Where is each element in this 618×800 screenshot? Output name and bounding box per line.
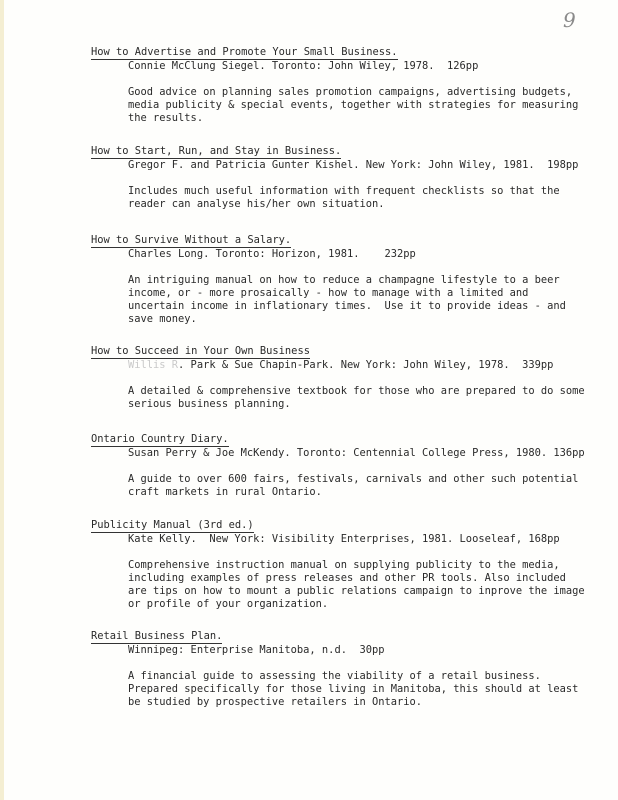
entry-title: How to Succeed in Your Own Business [91,345,310,359]
entry-description: A detailed & comprehensive textbook for … [128,385,611,411]
bibliography-entry: How to Advertise and Promote Your Small … [91,40,611,125]
entry-title: How to Start, Run, and Stay in Business. [91,145,341,159]
page-number: 9 [563,8,576,32]
entry-citation: Charles Long. Toronto: Horizon, 1981. 23… [128,248,611,261]
entry-citation: Winnipeg: Enterprise Manitoba, n.d. 30pp [128,644,611,657]
entry-title: Publicity Manual (3rd ed.) [91,519,254,533]
entry-description: A guide to over 600 fairs, festivals, ca… [128,473,611,499]
entry-title: How to Advertise and Promote Your Small … [91,46,398,60]
entry-title: Retail Business Plan. [91,630,222,644]
entry-description: Includes much useful information with fr… [128,185,611,211]
bibliography-entry: How to Start, Run, and Stay in Business.… [91,139,611,211]
bibliography-entry: Ontario Country Diary. Susan Perry & Joe… [91,427,611,499]
entry-description: Good advice on planning sales promotion … [128,86,611,125]
faded-text: Willis R [128,359,178,371]
entry-citation: Connie McClung Siegel. Toronto: John Wil… [128,60,611,73]
entry-citation: Susan Perry & Joe McKendy. Toronto: Cent… [128,447,611,460]
entry-title: How to Survive Without a Salary. [91,234,291,248]
bibliography-entry: How to Survive Without a Salary. Charles… [91,228,611,326]
entry-description: Comprehensive instruction manual on supp… [128,559,611,611]
page-edge [0,0,4,800]
bibliography-entry: Publicity Manual (3rd ed.) Kate Kelly. N… [91,513,611,611]
entry-description: An intriguing manual on how to reduce a … [128,274,611,326]
entry-citation: Gregor F. and Patricia Gunter Kishel. Ne… [128,159,611,172]
entry-citation: Kate Kelly. New York: Visibility Enterpr… [128,533,611,546]
entry-title: Ontario Country Diary. [91,433,229,447]
entry-citation: Willis R. Park & Sue Chapin-Park. New Yo… [128,359,611,372]
bibliography-entry: How to Succeed in Your Own Business Will… [91,339,611,411]
entry-description: A financial guide to assessing the viabi… [128,670,611,709]
bibliography-entry: Retail Business Plan. Winnipeg: Enterpri… [91,624,611,709]
